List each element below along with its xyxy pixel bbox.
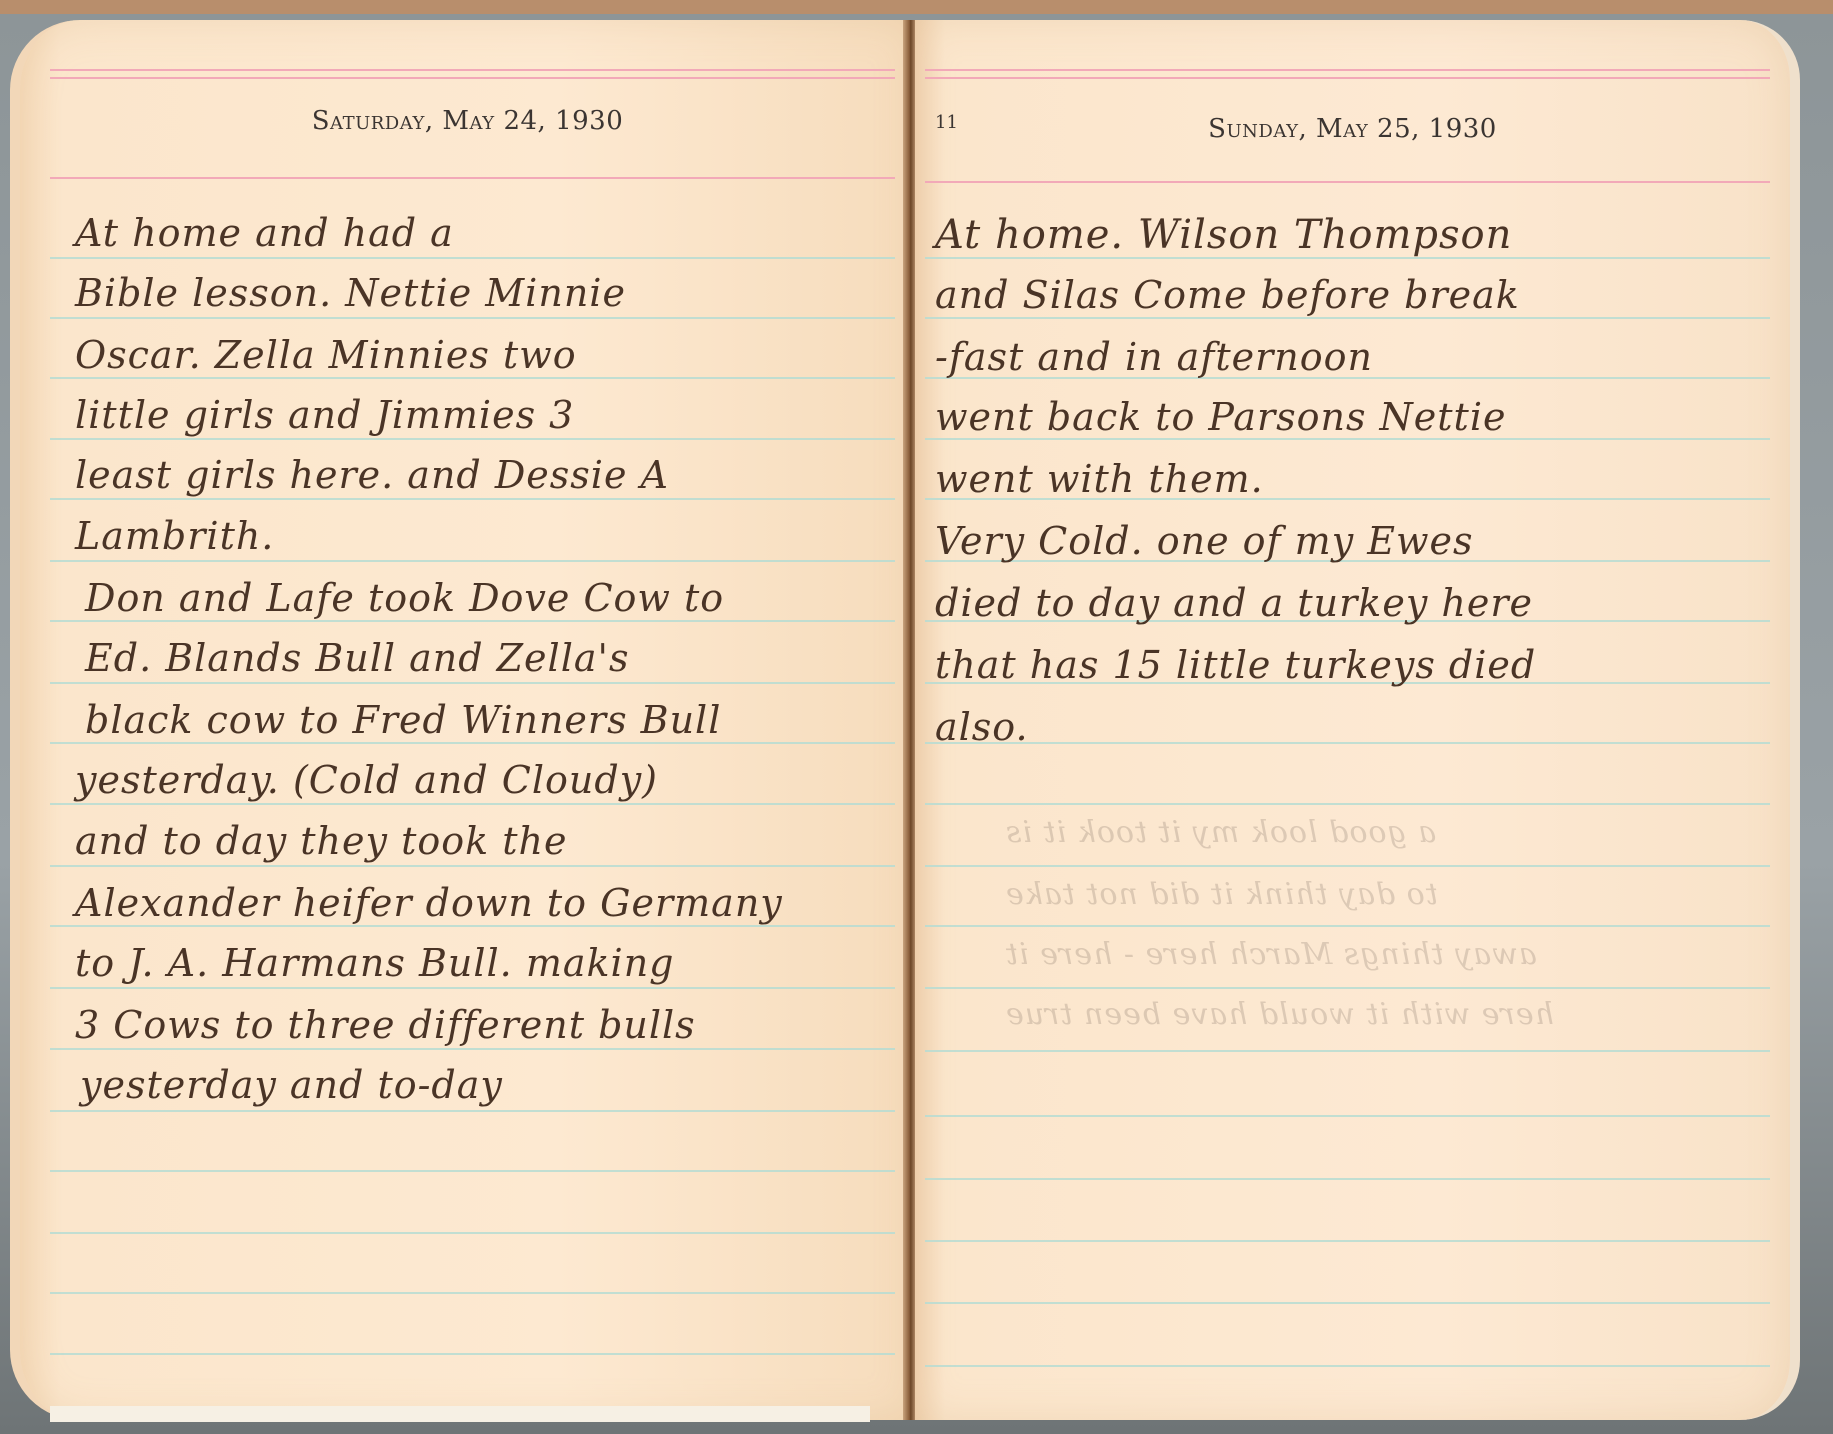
entry-line: also. bbox=[935, 704, 1029, 750]
ruled-line bbox=[925, 925, 1770, 927]
show-through-line: away things March here - here it bbox=[1005, 932, 1537, 978]
header-rule-bottom bbox=[925, 181, 1770, 183]
ruled-line bbox=[925, 742, 1770, 744]
ruled-line bbox=[50, 865, 895, 867]
ruled-line bbox=[925, 803, 1770, 805]
right-page: 11 Sunday, May 25, 1930 a good look my i… bbox=[915, 20, 1800, 1420]
show-through-line: to day think it did not take bbox=[1005, 872, 1438, 918]
date-header: Saturday, May 24, 1930 bbox=[20, 106, 915, 136]
entry-line: -fast and in afternoon bbox=[935, 334, 1373, 380]
left-page: Saturday, May 24, 1930 At home and had a… bbox=[10, 20, 915, 1420]
entry-line: died to day and a turkey here bbox=[935, 580, 1533, 626]
ruled-line bbox=[50, 560, 895, 562]
ruled-line bbox=[50, 438, 895, 440]
entry-line: Oscar. Zella Minnies two bbox=[75, 332, 577, 378]
ruled-line bbox=[925, 1178, 1770, 1180]
ruled-line bbox=[50, 1353, 895, 1355]
header-rule-top bbox=[50, 69, 895, 71]
ruled-line bbox=[925, 1302, 1770, 1304]
open-diary: Saturday, May 24, 1930 At home and had a… bbox=[10, 12, 1810, 1422]
ruled-line bbox=[50, 682, 895, 684]
entry-line: At home. Wilson Thompson bbox=[935, 212, 1512, 258]
entry-line: Lambrith. bbox=[75, 513, 274, 559]
header-rule-bottom bbox=[50, 177, 895, 179]
show-through-line: a good look my it took it is bbox=[1005, 810, 1436, 856]
entry-line: Ed. Blands Bull and Zella's bbox=[85, 635, 629, 681]
entry-line: Bible lesson. Nettie Minnie bbox=[75, 270, 626, 316]
entry-line: that has 15 little turkeys died bbox=[935, 642, 1536, 688]
ruled-line bbox=[50, 1048, 895, 1050]
entry-line: least girls here. and Dessie A bbox=[75, 452, 669, 498]
entry-line: yesterday and to-day bbox=[80, 1062, 503, 1108]
entry-line: At home and had a bbox=[75, 210, 454, 256]
entry-line: yesterday. (Cold and Cloudy) bbox=[75, 757, 658, 803]
entry-line: black cow to Fred Winners Bull bbox=[85, 697, 721, 743]
entry-line: Don and Lafe took Dove Cow to bbox=[85, 575, 724, 621]
ruled-line bbox=[925, 1050, 1770, 1052]
ruled-line bbox=[50, 1232, 895, 1234]
entry-line: went back to Parsons Nettie bbox=[935, 394, 1506, 440]
ruled-line bbox=[50, 317, 895, 319]
entry-line: Very Cold. one of my Ewes bbox=[935, 518, 1474, 564]
ruled-line bbox=[925, 1365, 1770, 1367]
ruled-line bbox=[50, 1110, 895, 1112]
entry-line: 3 Cows to three different bulls bbox=[75, 1002, 696, 1048]
date-header: Sunday, May 25, 1930 bbox=[915, 114, 1790, 144]
entry-line: Alexander heifer down to Germany bbox=[75, 880, 783, 926]
ruled-line bbox=[925, 1115, 1770, 1117]
ruled-line bbox=[50, 803, 895, 805]
header-rule-top-2 bbox=[50, 77, 895, 79]
entry-line: went with them. bbox=[935, 456, 1264, 502]
ruled-line bbox=[50, 498, 895, 500]
header-rule-top-2 bbox=[925, 77, 1770, 79]
show-through-line: here with it would have been true bbox=[1005, 992, 1554, 1038]
ruled-line bbox=[50, 257, 895, 259]
ruled-line bbox=[50, 1292, 895, 1294]
entry-line: and Silas Come before break bbox=[935, 272, 1520, 318]
page-bottom-edge bbox=[50, 1406, 870, 1422]
entry-line: to J. A. Harmans Bull. making bbox=[75, 940, 675, 986]
ruled-line bbox=[925, 865, 1770, 867]
header-rule-top bbox=[925, 69, 1770, 71]
ruled-line bbox=[925, 987, 1770, 989]
entry-line: little girls and Jimmies 3 bbox=[75, 392, 574, 438]
ruled-line bbox=[925, 1240, 1770, 1242]
entry-line: and to day they took the bbox=[75, 818, 567, 864]
ruled-line bbox=[50, 1170, 895, 1172]
ruled-line bbox=[50, 987, 895, 989]
